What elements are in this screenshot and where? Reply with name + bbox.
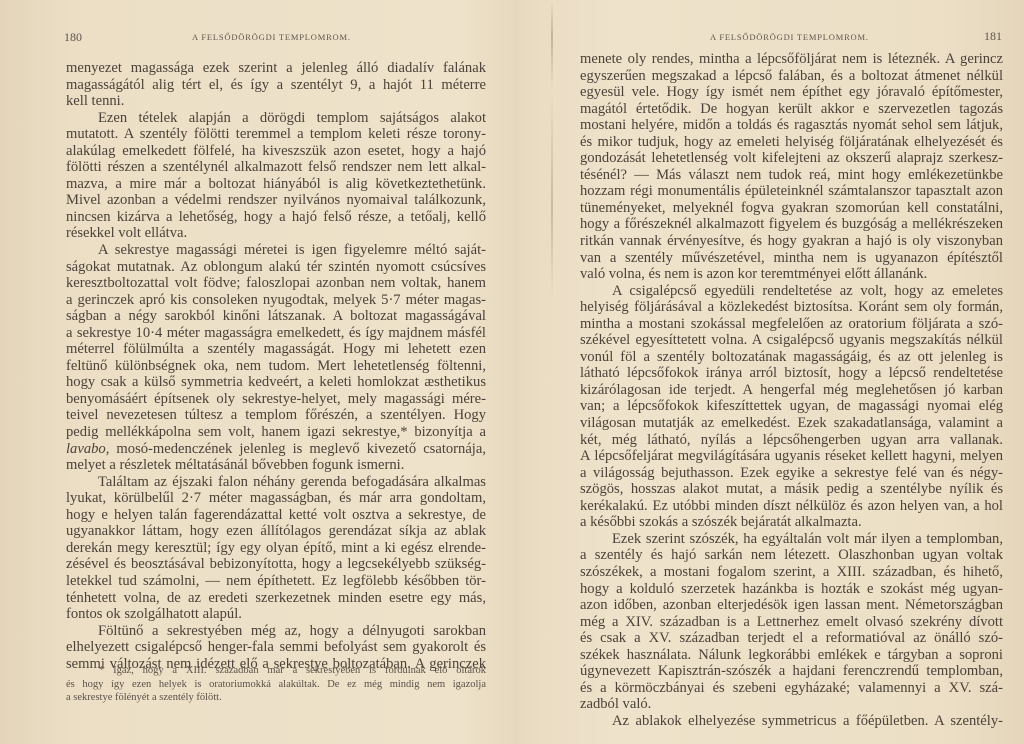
text-line: hogy a főrészeknél alkalmazott figyelem … <box>580 216 1003 233</box>
text-line: kizárólagosan ide terjedt. A hengerfal m… <box>580 382 1003 399</box>
text-line: elhelyezett csigalépcső henger-fala semm… <box>66 639 486 656</box>
text-line: benyomásáért építsenek oly sekrestye-hel… <box>66 391 486 408</box>
text-line: székek használata. Nálunk legkorábbi eml… <box>580 647 1003 664</box>
text-line: van; a lépcsőfokok kifeszíttettek ugyan,… <box>580 398 1003 415</box>
text-line: hogy e helyen talán fagerendázattal kett… <box>66 507 486 524</box>
text-line: ténhetett volna, de az eredeti szerkezet… <box>66 590 486 607</box>
text-line: nincsen kizárva a lehetőség, hogy a hajó… <box>66 209 486 226</box>
text-line: Az ablakok elhelyezése symmetricus a főé… <box>580 713 1003 730</box>
text-line: tésénél? — Más választ nem tudok reá, mi… <box>580 167 1003 184</box>
text-line: mutatott. A szentély fölötti teremmel a … <box>66 126 486 143</box>
text-line: mazva, a mire már a boltozat hiányából i… <box>66 176 486 193</box>
text-line: ugyanakkor láttam, hogy ezen állítólagos… <box>66 523 486 540</box>
right-body-text: menete oly rendes, mintha a lépcsőföljár… <box>580 51 1003 729</box>
text-line: menyezet magassága ezek szerint a jelenl… <box>66 60 486 77</box>
left-page-number: 180 <box>64 30 82 45</box>
text-line: A lépcsőfeljárat megvilágítására ugyanis… <box>580 448 1003 465</box>
text-line: van a szentély művészetével, mintha nem … <box>580 250 1003 267</box>
book-spread: 180 A felsődörögdi templomrom. menyezet … <box>0 0 1024 744</box>
text-line: és csak a XV. században terjedt el a ref… <box>580 630 1003 647</box>
right-page: A felsődörögdi templomrom. 181 menete ol… <box>523 0 1024 744</box>
text-line: tüneményeket, melyeknél fogva gyakran sz… <box>580 200 1003 217</box>
footnote-line: és hogy így ezen helyek is oratoriumokká… <box>66 678 486 692</box>
left-footnote: * Igaz, hogy a XIII. században már a sek… <box>66 664 486 705</box>
text-line: hozzam régi monumentális épületeinknél s… <box>580 183 1003 200</box>
text-line: keresztboltozattal volt födve; faloszlop… <box>66 275 486 292</box>
text-line: még a XIV. században is a Lettnerhez eme… <box>580 614 1003 631</box>
text-line: melyet a részletek méltatásánál bővebben… <box>66 457 486 474</box>
right-page-number: 181 <box>984 29 1002 44</box>
italic-term: lavabo <box>66 441 106 457</box>
text-line: vonúl föl a szentély boltozatának magass… <box>580 349 1003 366</box>
text-line: ritkán vannak érvényesítve, és hogy gyak… <box>580 233 1003 250</box>
left-running-title: A felsődörögdi templomrom. <box>192 32 351 42</box>
text-line: lavabo, mosó-medenczének jelenleg is meg… <box>66 441 486 458</box>
text-line: a későbbi szokás a szószék bejáratát alk… <box>580 514 1003 531</box>
footnote-line: a sekrestye fölényét a szentély fölött. <box>66 691 486 705</box>
footnote-line: * Igaz, hogy a XIII. században már a sek… <box>66 664 486 678</box>
text-line: Találtam az éjszaki falon néhány gerenda… <box>66 474 486 491</box>
text-line: egyesül vele. Hogy így ismét nem építhet… <box>580 84 1003 101</box>
text-line: pedig mellékkápolna sem volt, hanem igaz… <box>66 424 486 441</box>
text-line: úgynevezett Kapisztrán-szószék a hajdani… <box>580 663 1003 680</box>
text-line: Föltünő a sekrestyében még az, hogy a dé… <box>66 623 486 640</box>
text-line: mintha a mostani szokással megfelelően a… <box>580 316 1003 333</box>
text-line: és mikor tudjuk, hogy az emeleti helyisé… <box>580 134 1003 151</box>
text-line: A sekrestye magassági méretei is igen fi… <box>66 242 486 259</box>
text-line: derekán megy keresztül; így egy olyan ép… <box>66 540 486 557</box>
text-line: zésével és beosztásával bebizonyította, … <box>66 556 486 573</box>
text-line: alakúlag emelkedett fölfelé, ha kiveszsz… <box>66 143 486 160</box>
text-line: való volna, és nem is azon kor teremtmén… <box>580 266 1003 283</box>
text-line: ságban a négy sarokból kinőni látszanak.… <box>66 308 486 325</box>
left-page: 180 A felsődörögdi templomrom. menyezet … <box>0 0 523 744</box>
text-line: kerékalakú. Ez utóbbi minden díszt nélkü… <box>580 498 1003 515</box>
text-line: teivel nevezetesen túltesz a templom főr… <box>66 407 486 424</box>
text-line: A csigalépcső egyedüli rendeltetése az v… <box>580 283 1003 300</box>
text-line: menete oly rendes, mintha a lépcsőföljár… <box>580 51 1003 68</box>
text-line: helyiség följárásával a közlekedést bizt… <box>580 299 1003 316</box>
text-line: magától értetődik. De hogyan került akko… <box>580 101 1003 118</box>
text-line: letekkel tud számolni, — nem építhetett.… <box>66 573 486 590</box>
text-line: székével egyesíttetett volna. A csigalép… <box>580 332 1003 349</box>
left-body-text: menyezet magassága ezek szerint a jelenl… <box>66 60 486 672</box>
right-running-head: A felsődörögdi templomrom. 181 <box>523 29 1024 45</box>
text-line: gondozását lehetetlenség volt kifelejten… <box>580 150 1003 167</box>
right-running-title: A felsődörögdi templomrom. <box>710 32 869 42</box>
text-line: a gerinczek apró kis consoleken nyugodta… <box>66 292 486 309</box>
text-line: zadból való. <box>580 696 1003 713</box>
text-line: Mivel azonban a védelmi rendszer nyilván… <box>66 192 486 209</box>
text-line: a sekrestye 10·4 méter magasságra emelke… <box>66 325 486 342</box>
text-line: ságokat mutatnak. Az oblongum alakú tér … <box>66 259 486 276</box>
text-line: a szentély és hajó sarkán nem létezett. … <box>580 547 1003 564</box>
text-line: a világosság bejuthasson. Ezek egyike a … <box>580 465 1003 482</box>
text-line: hogy a kolduló szerzetek hazánkba is hoz… <box>580 581 1003 598</box>
text-line: szószékek, a mostani fogalom szerint, a … <box>580 564 1003 581</box>
text-line: Ezek szerint szószék, ha egyáltalán volt… <box>580 531 1003 548</box>
text-line: és a körmöczbányai és szebeni egyházaké;… <box>580 680 1003 697</box>
text-line: egyszerűen megszakad a lépcső falában, é… <box>580 68 1003 85</box>
text-line: világosan mutatják az emelkedést. Ezek s… <box>580 415 1003 432</box>
text-line: hogy csak a külső symmetria kedveért, a … <box>66 374 486 391</box>
left-running-head: 180 A felsődörögdi templomrom. <box>0 29 523 45</box>
text-line: magasságától alig tért el, és így a szen… <box>66 77 486 94</box>
text-line: kell tenni. <box>66 93 486 110</box>
text-line: szögös, hosszas alakot mutat, a másik pe… <box>580 481 1003 498</box>
text-line: méterrel fölülmúlta a szentély magasságá… <box>66 341 486 358</box>
text-line: két, még látható, nyílás a lépcsőhengerb… <box>580 432 1003 449</box>
text-line: azon időben, azonban elterjedésök igen l… <box>580 597 1003 614</box>
text-line: mostani helyére, midőn a toldás és ragas… <box>580 117 1003 134</box>
text-line: résekkel volt ellátva. <box>66 225 486 242</box>
text-line: látható lépcsőfokok iránya arról biztosí… <box>580 365 1003 382</box>
text-line: feltünő különbségnek oka, nem tudom. Mer… <box>66 358 486 375</box>
text-line: Ezen tételek alapján a dörögdi templom s… <box>66 110 486 127</box>
text-line: fontos ok szolgálhatott alapúl. <box>66 606 486 623</box>
text-line: lyukat, körülbelűl 2·7 méter magasságban… <box>66 490 486 507</box>
text-line: fölötti részen a szentélynél alkalmazott… <box>66 159 486 176</box>
